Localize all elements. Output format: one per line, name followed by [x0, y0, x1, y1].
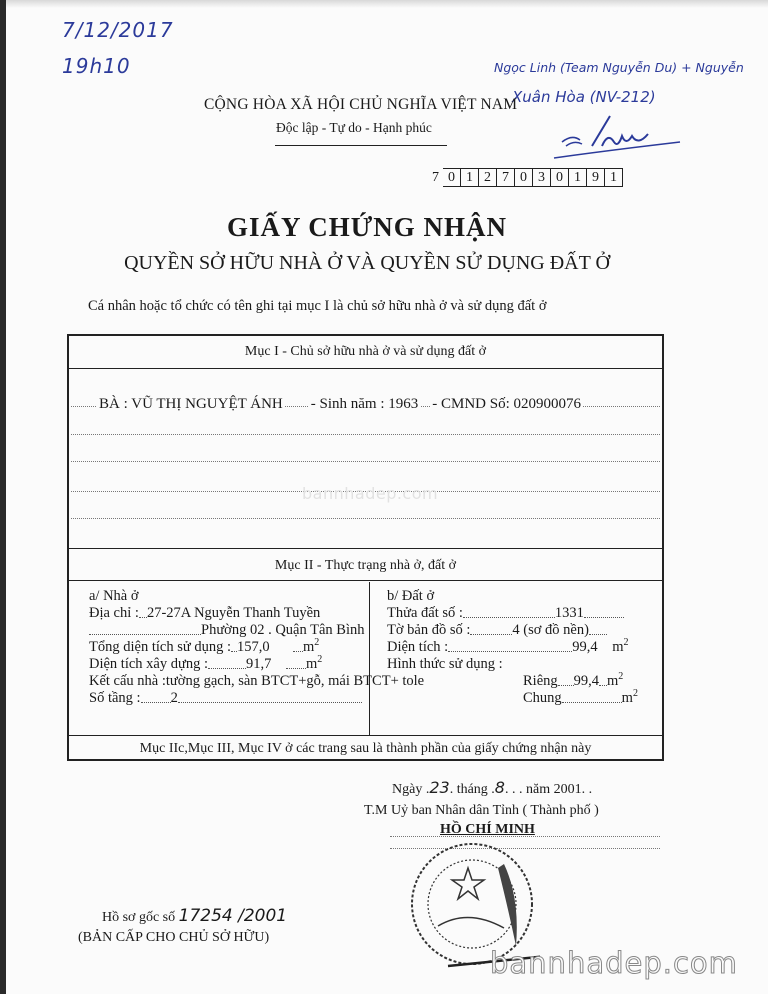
handwritten-signature-icon [552, 112, 682, 162]
date-prefix: Ngày . [392, 782, 429, 797]
copy-note: (BẢN CẤP CHO CHỦ SỞ HỮU) [78, 930, 269, 946]
serial-digit: 9 [587, 168, 605, 187]
handwritten-note-line1: Ngọc Linh (Team Nguyễn Du) + Nguyễn [494, 60, 744, 75]
serial-digit: 0 [551, 168, 569, 187]
total-area-label: Tổng diện tích sử dụng : [89, 639, 231, 656]
land-area-value: 99,4 [572, 639, 612, 656]
scan-shadow [0, 0, 768, 8]
serial-digit: 1 [569, 168, 587, 187]
floors-value: 2 [171, 690, 178, 707]
serial-digit: 1 [461, 168, 479, 187]
usage-label: Hình thức sử dụng : [387, 656, 657, 673]
private-label: Riêng [523, 673, 558, 690]
motto-underline [275, 145, 447, 146]
motto: Độc lập - Tự do - Hạnh phúc [276, 120, 432, 136]
built-area-label: Diện tích xây dựng : [89, 656, 208, 673]
dotted-line [390, 836, 660, 837]
issue-day: 23 [429, 778, 449, 797]
shared-label: Chung [523, 690, 562, 707]
unit: m2 [306, 656, 322, 673]
total-area-value: 157,0 [237, 639, 293, 656]
handwritten-note-line2: Xuân Hòa (NV-212) [512, 88, 656, 106]
house-column: a/ Nhà ở Địa chỉ :27-27A Nguyễn Thanh Tu… [89, 588, 379, 707]
serial-digit: 2 [479, 168, 497, 187]
serial-digit: 3 [533, 168, 551, 187]
watermark-bottom: bannhadep.com [490, 946, 738, 980]
plot-value: 1331 [555, 605, 584, 622]
unit: m2 [612, 639, 628, 656]
issuing-authority: T.M Uỷ ban Nhân dân Tỉnh ( Thành phố ) [364, 803, 599, 819]
land-label: b/ Đất ở [387, 588, 657, 605]
section1-heading: Mục I - Chủ sở hữu nhà ở và sử dụng đất … [69, 344, 662, 360]
document-subtitle: QUYỀN SỞ HỮU NHÀ Ở VÀ QUYỀN SỬ DỤNG ĐẤT … [0, 252, 768, 275]
unit: m2 [622, 690, 638, 707]
divider [69, 548, 662, 549]
file-number-value: 17254 /2001 [179, 906, 287, 926]
file-number-label: Hồ sơ gốc số [102, 910, 175, 925]
serial-lead: 7 [432, 170, 439, 186]
section2-heading: Mục II - Thực trạng nhà ở, đất ở [69, 558, 662, 574]
owner-name: BÀ : VŨ THỊ NGUYỆT ÁNH [97, 396, 285, 413]
handwritten-date: 7/12/2017 [62, 18, 174, 42]
dotted-line [71, 434, 660, 435]
document-subtitle-text: QUYỀN SỞ HỮU NHÀ Ở VÀ QUYỀN SỬ DỤNG ĐẤT … [124, 252, 610, 274]
month-prefix: . tháng . [450, 782, 495, 797]
address-label: Địa chỉ : [89, 605, 139, 622]
scan-edge [0, 0, 6, 994]
owner-row: BÀ : VŨ THỊ NGUYỆT ÁNH - Sinh năm : 1963… [97, 396, 583, 413]
serial-digit: 0 [515, 168, 533, 187]
file-number: Hồ sơ gốc số 17254 /2001 [102, 906, 287, 926]
unit: m2 [607, 673, 623, 690]
certificate-table: Mục I - Chủ sở hữu nhà ở và sử dụng đất … [67, 334, 664, 761]
private-area-value: 99,4 [574, 673, 599, 690]
owner-id-number: - CMND Số: 020900076 [430, 396, 583, 413]
section-footer-note: Mục IIc,Mục III, Mục IV ở các trang sau … [69, 741, 662, 757]
divider [69, 735, 662, 736]
address-line1: 27-27A Nguyễn Thanh Tuyền [147, 605, 320, 622]
serial-digit: 7 [497, 168, 515, 187]
serial-digit: 0 [443, 168, 461, 187]
dotted-line [71, 461, 660, 462]
handwritten-time: 19h10 [62, 54, 131, 78]
issue-date: Ngày .23. tháng .8. . . năm 2001. . [392, 778, 592, 798]
country-header: CỘNG HÒA XÃ HỘI CHỦ NGHĨA VIỆT NAM [204, 96, 517, 114]
structure-label: Kết cấu nhà : [89, 673, 166, 690]
structure-value: tường gạch, sàn BTCT+gỗ, mái BTCT+ tole [166, 673, 424, 690]
issue-month: 8 [495, 778, 505, 797]
document-title-text: GIẤY CHỨNG NHẬN [227, 212, 507, 242]
house-label: a/ Nhà ở [89, 588, 379, 605]
serial-digit: 1 [605, 168, 623, 187]
plot-label: Thửa đất số : [387, 605, 463, 622]
land-area-label: Diện tích : [387, 639, 448, 656]
land-column: b/ Đất ở Thửa đất số :1331 Tờ bản đồ số … [387, 588, 657, 707]
intro-text: Cá nhân hoặc tổ chức có tên ghi tại mục … [88, 298, 547, 315]
watermark-center: bannhadep.com [302, 484, 438, 503]
divider [69, 580, 662, 581]
dotted-line [71, 518, 660, 519]
divider [69, 368, 662, 369]
owner-birth-year: - Sinh năm : 1963 [309, 396, 421, 413]
built-area-value: 91,7 [246, 656, 286, 673]
address-line2: Phường 02 . Quận Tân Bình [201, 622, 364, 639]
map-label: Tờ bản đồ số : [387, 622, 470, 639]
issue-year: . . . năm 2001. . [505, 782, 592, 797]
floors-label: Số tầng : [89, 690, 141, 707]
document-title: GIẤY CHỨNG NHẬN [0, 212, 768, 243]
map-value: 4 (sơ đồ nền) [512, 622, 589, 639]
serial-number: 7 0 1 2 7 0 3 0 1 9 1 [432, 168, 623, 187]
